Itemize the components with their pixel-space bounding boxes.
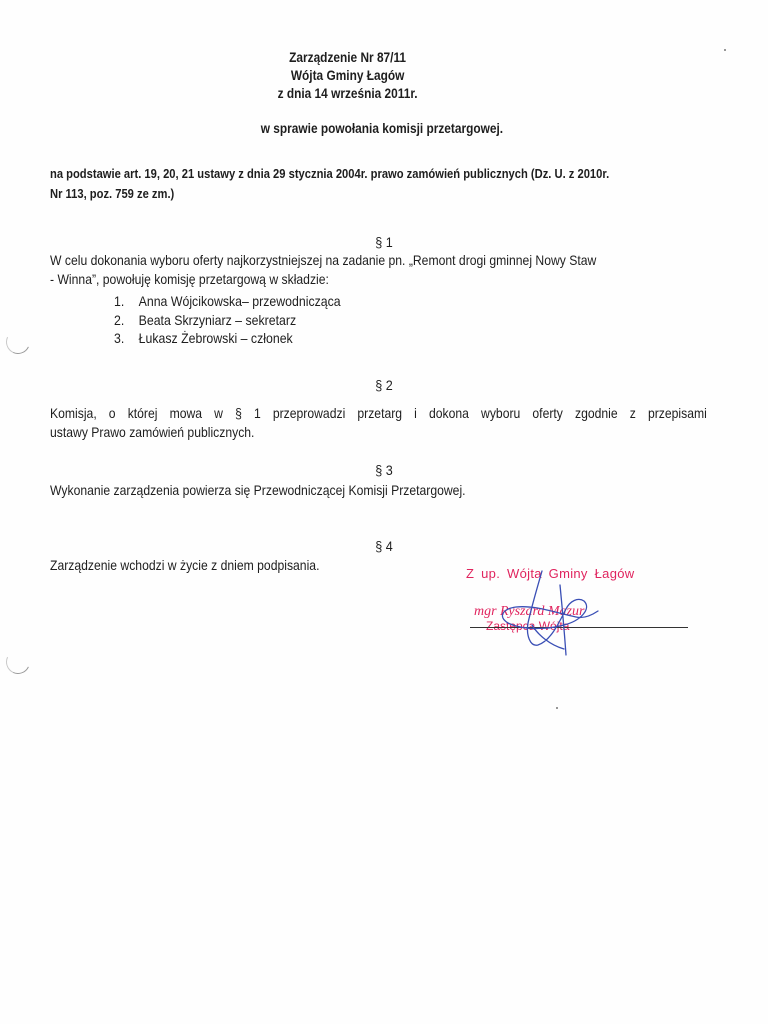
list-item: 2.Beata Skrzyniarz – sekretarz bbox=[114, 311, 341, 330]
section-1-text: W celu dokonania wyboru oferty najkorzys… bbox=[50, 251, 711, 289]
list-item: 3.Łukasz Żebrowski – członek bbox=[114, 329, 341, 348]
section-mark-4: § 4 bbox=[38, 538, 729, 554]
section-mark-1: § 1 bbox=[38, 234, 729, 250]
section-2-line: Komisja, o której mowa w § 1 przeprowadz… bbox=[50, 404, 707, 423]
section-4-text: Zarządzenie wchodzi w życie z dniem podp… bbox=[50, 556, 319, 575]
section-mark-2: § 2 bbox=[38, 377, 729, 393]
legal-basis-line: na podstawie art. 19, 20, 21 ustawy z dn… bbox=[50, 164, 704, 184]
legal-basis-line: Nr 113, poz. 759 ze zm.) bbox=[50, 184, 704, 204]
section-1-line: W celu dokonania wyboru oferty najkorzys… bbox=[50, 251, 711, 270]
handwritten-signature bbox=[480, 565, 640, 665]
scan-speck bbox=[556, 707, 558, 709]
scanned-document-page: Zarządzenie Nr 87/11 Wójta Gminy Łagów z… bbox=[0, 0, 768, 1024]
member-entry: Beata Skrzyniarz – sekretarz bbox=[139, 312, 296, 328]
legal-basis: na podstawie art. 19, 20, 21 ustawy z dn… bbox=[50, 164, 704, 204]
issue-date: z dnia 14 września 2011r. bbox=[0, 85, 695, 103]
section-2-line: ustawy Prawo zamówień publicznych. bbox=[50, 423, 707, 442]
document-header: Zarządzenie Nr 87/11 Wójta Gminy Łagów z… bbox=[0, 49, 695, 103]
punch-hole-mark bbox=[3, 647, 34, 678]
section-mark-3: § 3 bbox=[38, 462, 729, 478]
scan-speck bbox=[724, 49, 726, 51]
section-1-line: - Winna”, powołuję komisję przetargową w… bbox=[50, 270, 711, 289]
committee-members-list: 1.Anna Wójcikowska– przewodnicząca 2.Bea… bbox=[114, 292, 341, 348]
member-entry: Anna Wójcikowska– przewodnicząca bbox=[139, 293, 341, 309]
document-subject: w sprawie powołania komisji przetargowej… bbox=[0, 121, 764, 136]
list-item: 1.Anna Wójcikowska– przewodnicząca bbox=[114, 292, 341, 311]
list-number: 2. bbox=[114, 311, 139, 330]
punch-hole-mark bbox=[3, 327, 34, 358]
list-number: 3. bbox=[114, 329, 139, 348]
section-3-text: Wykonanie zarządzenia powierza się Przew… bbox=[50, 481, 466, 500]
issuer: Wójta Gminy Łagów bbox=[0, 67, 695, 85]
section-2-text: Komisja, o której mowa w § 1 przeprowadz… bbox=[50, 404, 707, 442]
list-number: 1. bbox=[114, 292, 139, 311]
member-entry: Łukasz Żebrowski – członek bbox=[139, 330, 293, 346]
order-number: Zarządzenie Nr 87/11 bbox=[0, 49, 695, 67]
